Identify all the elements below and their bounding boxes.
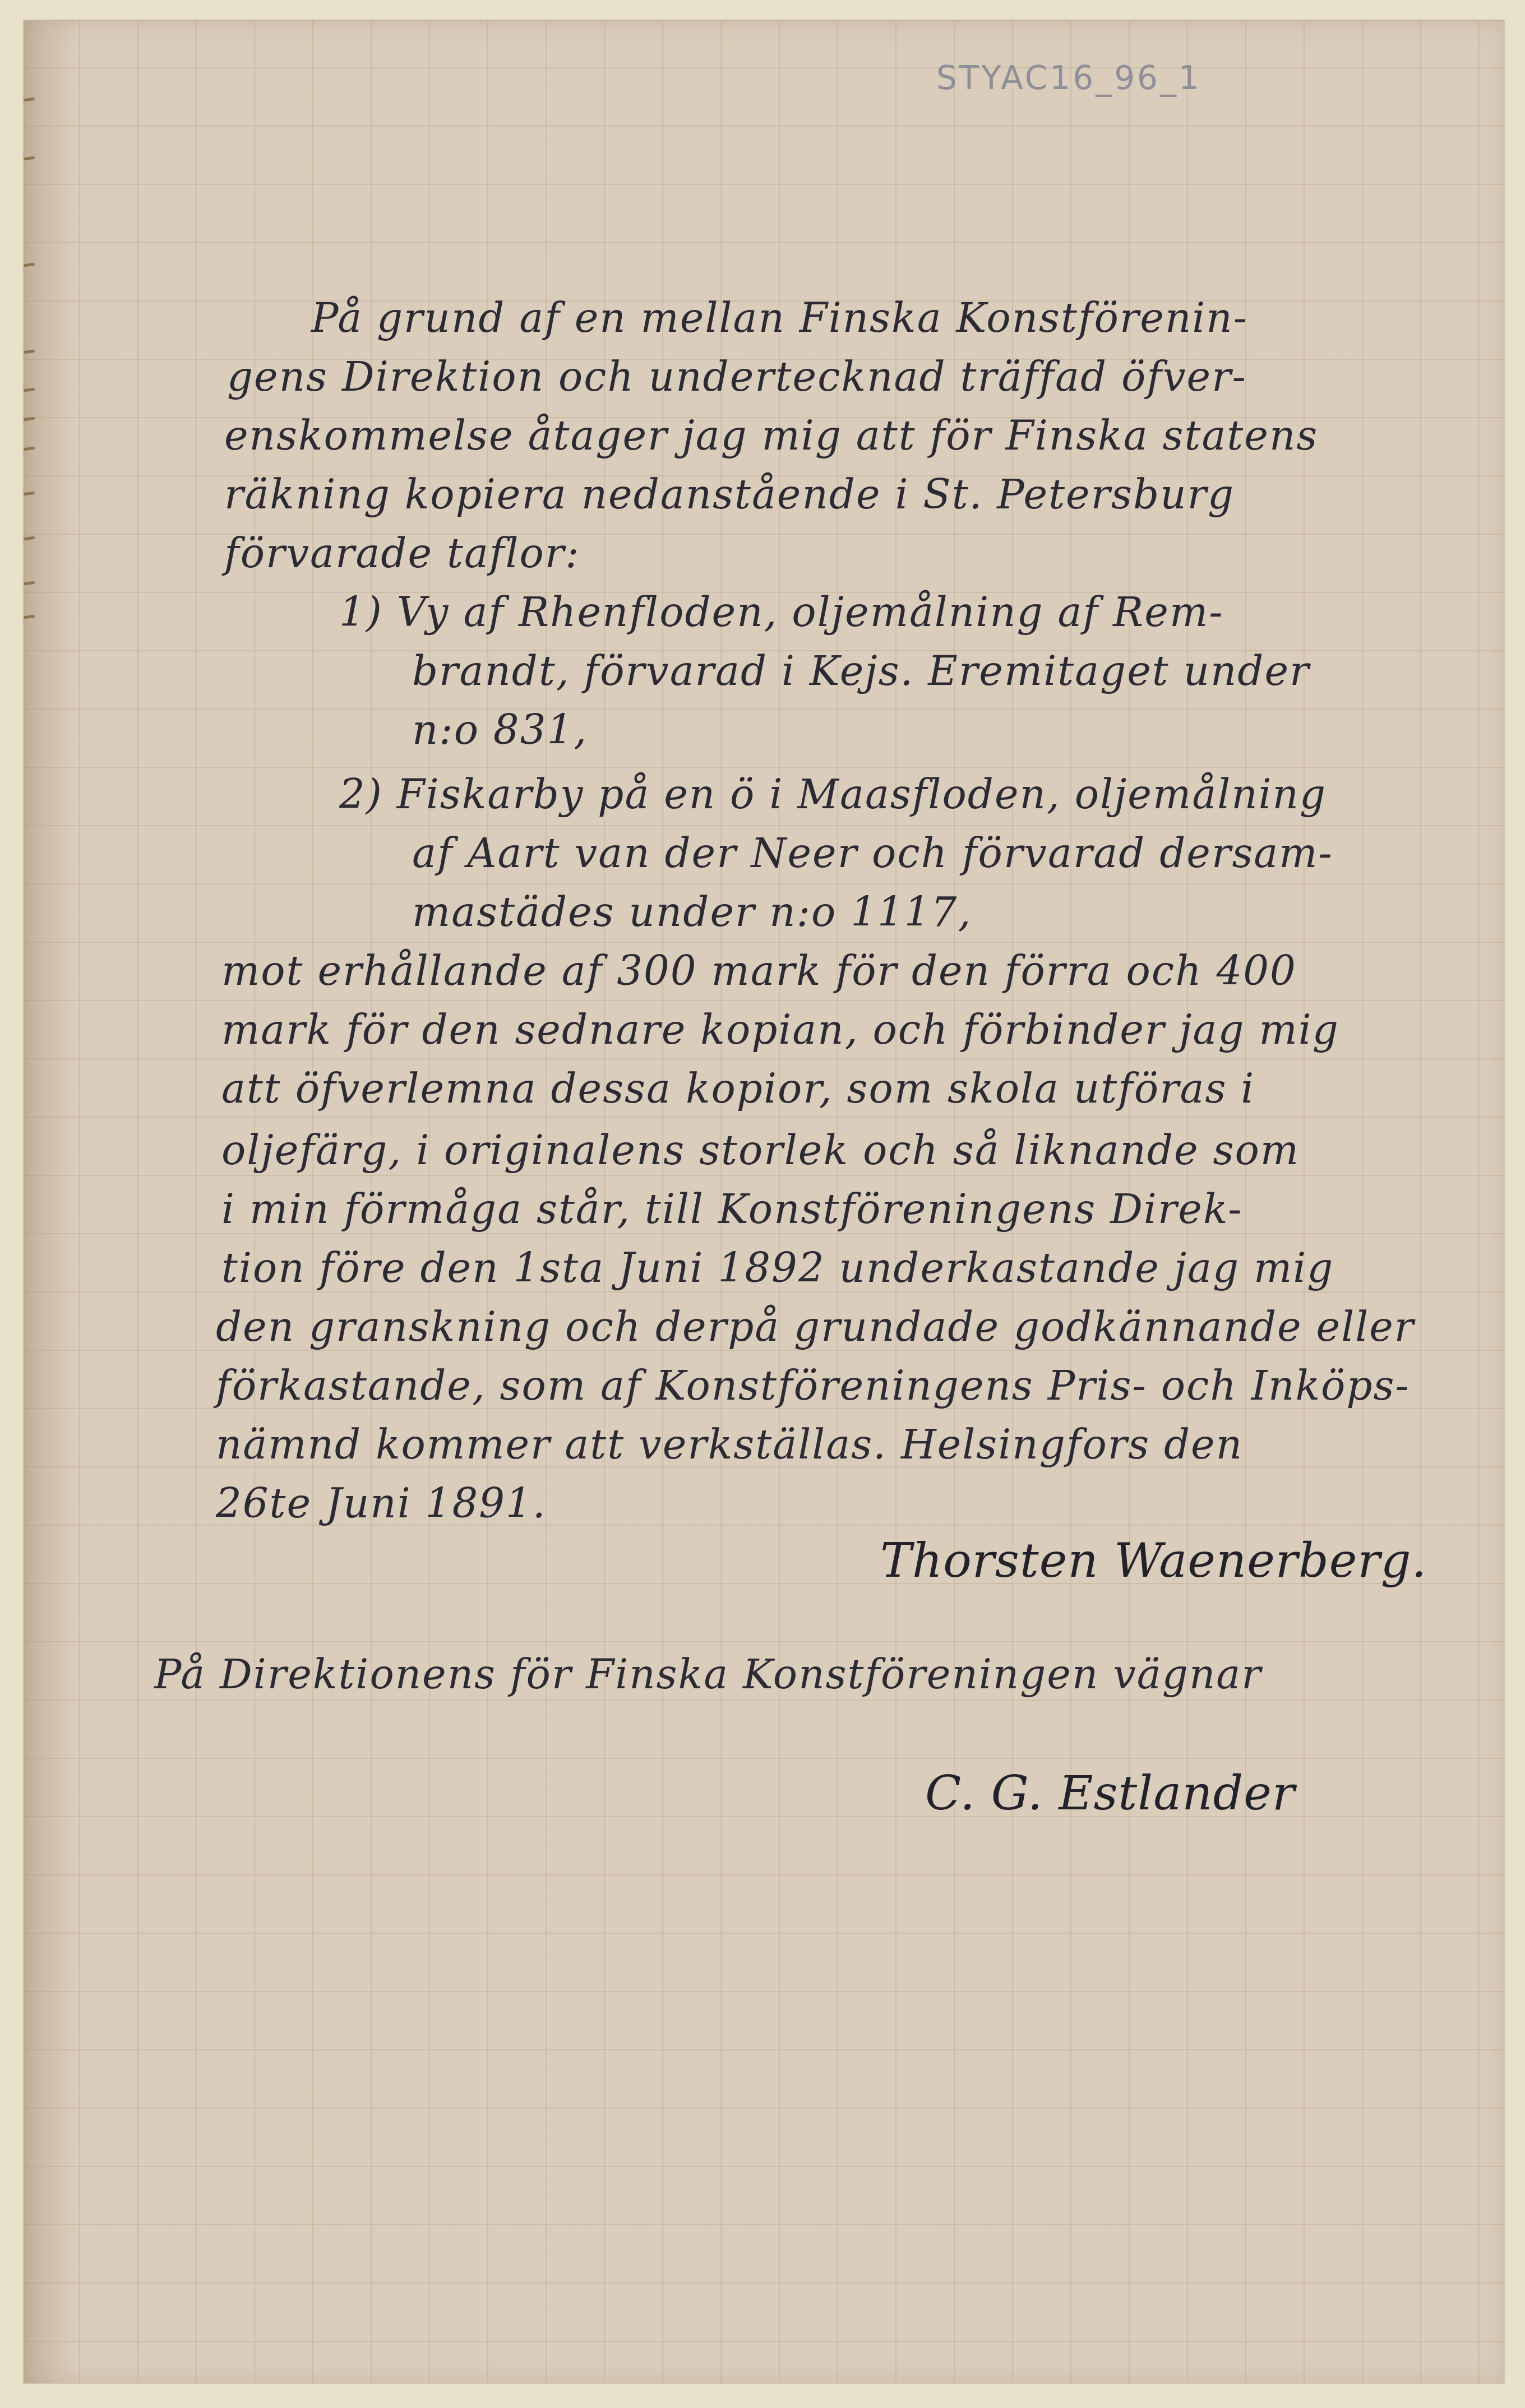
on-behalf-line: På Direktionens för Finska Konstförening… bbox=[154, 1651, 1262, 1698]
list-item-2-cont: mastädes under n:o 1117, bbox=[412, 888, 972, 936]
body-line: nämnd kommer att verkställas. Helsingfor… bbox=[216, 1421, 1243, 1468]
list-item-1-cont: brandt, förvarad i Kejs. Eremitaget unde… bbox=[412, 647, 1310, 694]
binding-fold-shadow bbox=[25, 21, 76, 2383]
list-item-1: 1) Vy af Rhenfloden, oljemålning af Rem- bbox=[339, 589, 1223, 636]
list-item-2: 2) Fiskarby på en ö i Maasfloden, oljemå… bbox=[339, 771, 1327, 818]
body-line: oljefärg, i originalens storlek och så l… bbox=[221, 1127, 1300, 1174]
date-line: 26te Juni 1891. bbox=[216, 1480, 547, 1527]
body-line: förvarade taflor: bbox=[224, 530, 580, 577]
body-line: mark för den sednare kopian, och förbind… bbox=[221, 1006, 1339, 1053]
director-signature: C. G. Estlander bbox=[925, 1766, 1295, 1821]
body-line: den granskning och derpå grundade godkän… bbox=[216, 1303, 1415, 1350]
body-line: tion före den 1sta Juni 1892 underkastan… bbox=[221, 1244, 1334, 1291]
body-line: räkning kopiera nedanstående i St. Peter… bbox=[224, 471, 1235, 518]
body-line: gens Direktion och undertecknad träffad … bbox=[227, 353, 1247, 400]
copyist-signature: Thorsten Waenerberg. bbox=[880, 1533, 1427, 1588]
body-line: enskommelse åtager jag mig att för Finsk… bbox=[224, 412, 1318, 459]
body-line: mot erhållande af 300 mark för den förra… bbox=[221, 947, 1297, 994]
body-line: förkastande, som af Konstföreningens Pri… bbox=[216, 1362, 1410, 1409]
list-item-1-cont: n:o 831, bbox=[412, 706, 588, 753]
list-item-2-cont: af Aart van der Neer och förvarad dersam… bbox=[412, 830, 1333, 877]
archive-id-label: STYAC16_96_1 bbox=[936, 59, 1201, 97]
body-line: i min förmåga står, till Konstföreningen… bbox=[221, 1186, 1243, 1233]
body-line: På grund af en mellan Finska Konstföreni… bbox=[311, 294, 1248, 341]
body-line: att öfverlemna dessa kopior, som skola u… bbox=[221, 1065, 1255, 1112]
